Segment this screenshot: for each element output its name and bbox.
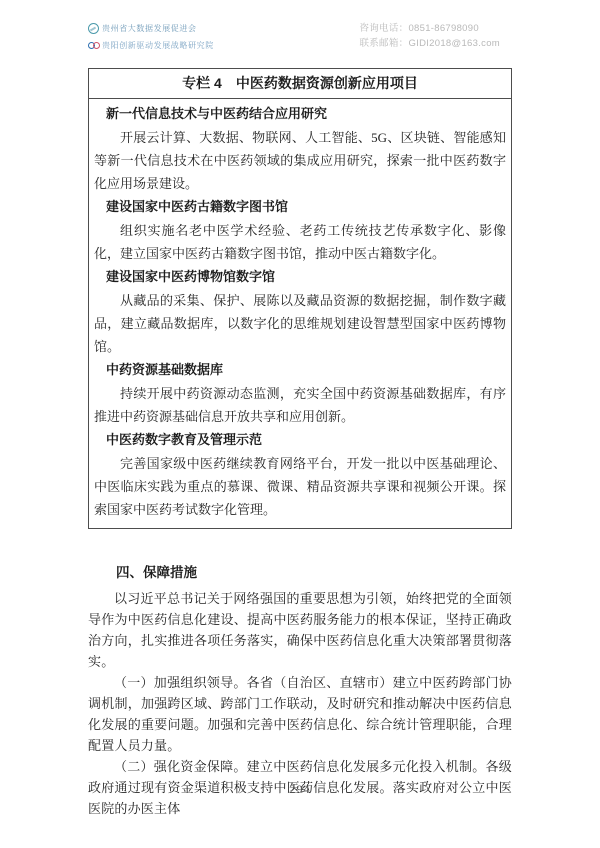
box-section-body: 从藏品的采集、保护、展陈以及藏品资源的数据挖掘，制作数字藏品，建立藏品数据库，以… bbox=[94, 289, 506, 358]
body-paragraph: 以习近平总书记关于网络强国的重要思想为引领，始终把党的全面领导作为中医药信息化建… bbox=[88, 588, 512, 672]
institute-logo: 贵阳创新驱动发展战略研究院 bbox=[88, 38, 214, 52]
box-section-body: 组织实施名老中医学术经验、老药工传统技艺传承数字化、影像化，建立国家中医药古籍数… bbox=[94, 219, 506, 265]
institute-logo-icon bbox=[88, 40, 99, 51]
box-section-heading: 新一代信息技术与中医药结合应用研究 bbox=[94, 102, 506, 126]
box-body: 新一代信息技术与中医药结合应用研究 开展云计算、大数据、物联网、人工智能、5G、… bbox=[89, 99, 511, 528]
contact-info: 咨询电话：0851-86798090 联系邮箱：GIDI2018@163.com bbox=[359, 21, 500, 51]
box-title: 专栏 4 中医药数据资源创新应用项目 bbox=[89, 69, 511, 99]
box-section-body: 持续开展中药资源动态监测，充实全国中药资源基础数据库，有序推进中药资源基础信息开… bbox=[94, 382, 506, 428]
phone-number: 0851-86798090 bbox=[408, 23, 478, 34]
column-box: 专栏 4 中医药数据资源创新应用项目 新一代信息技术与中医药结合应用研究 开展云… bbox=[88, 68, 512, 529]
institute-logo-text: 贵阳创新驱动发展战略研究院 bbox=[102, 40, 214, 51]
content-column: 专栏 4 中医药数据资源创新应用项目 新一代信息技术与中医药结合应用研究 开展云… bbox=[88, 68, 512, 819]
body-paragraph: （一）加强组织领导。各省（自治区、直辖市）建立中医药跨部门协调机制，加强跨区域、… bbox=[88, 672, 512, 756]
document-page: 贵州省大数据发展促进会 贵阳创新驱动发展战略研究院 咨询电话：0851-8679… bbox=[0, 0, 600, 848]
email-label: 联系邮箱： bbox=[359, 38, 408, 49]
box-section-body: 完善国家级中医药继续教育网络平台，开发一批以中医基础理论、中医临床实践为重点的慕… bbox=[94, 452, 506, 521]
box-section-heading: 中医药数字教育及管理示范 bbox=[94, 428, 506, 452]
box-section-heading: 建设国家中医药博物馆数字馆 bbox=[94, 265, 506, 289]
logo-block: 贵州省大数据发展促进会 贵阳创新驱动发展战略研究院 bbox=[88, 21, 214, 52]
box-section-heading: 建设国家中医药古籍数字图书馆 bbox=[94, 195, 506, 219]
section-heading: 四、保障措施 bbox=[88, 562, 512, 584]
page-number: 294 bbox=[0, 782, 600, 797]
contact-email: 联系邮箱：GIDI2018@163.com bbox=[359, 36, 500, 51]
association-logo-icon bbox=[88, 23, 99, 34]
contact-phone: 咨询电话：0851-86798090 bbox=[359, 21, 500, 36]
box-section-heading: 中药资源基础数据库 bbox=[94, 358, 506, 382]
page-header: 贵州省大数据发展促进会 贵阳创新驱动发展战略研究院 咨询电话：0851-8679… bbox=[88, 21, 500, 52]
email-address: GIDI2018@163.com bbox=[408, 38, 500, 49]
phone-label: 咨询电话： bbox=[359, 23, 408, 34]
main-section: 四、保障措施 以习近平总书记关于网络强国的重要思想为引领，始终把党的全面领导作为… bbox=[88, 562, 512, 819]
association-logo: 贵州省大数据发展促进会 bbox=[88, 21, 214, 35]
association-logo-text: 贵州省大数据发展促进会 bbox=[102, 23, 197, 34]
box-section-body: 开展云计算、大数据、物联网、人工智能、5G、区块链、智能感知等新一代信息技术在中… bbox=[94, 126, 506, 195]
